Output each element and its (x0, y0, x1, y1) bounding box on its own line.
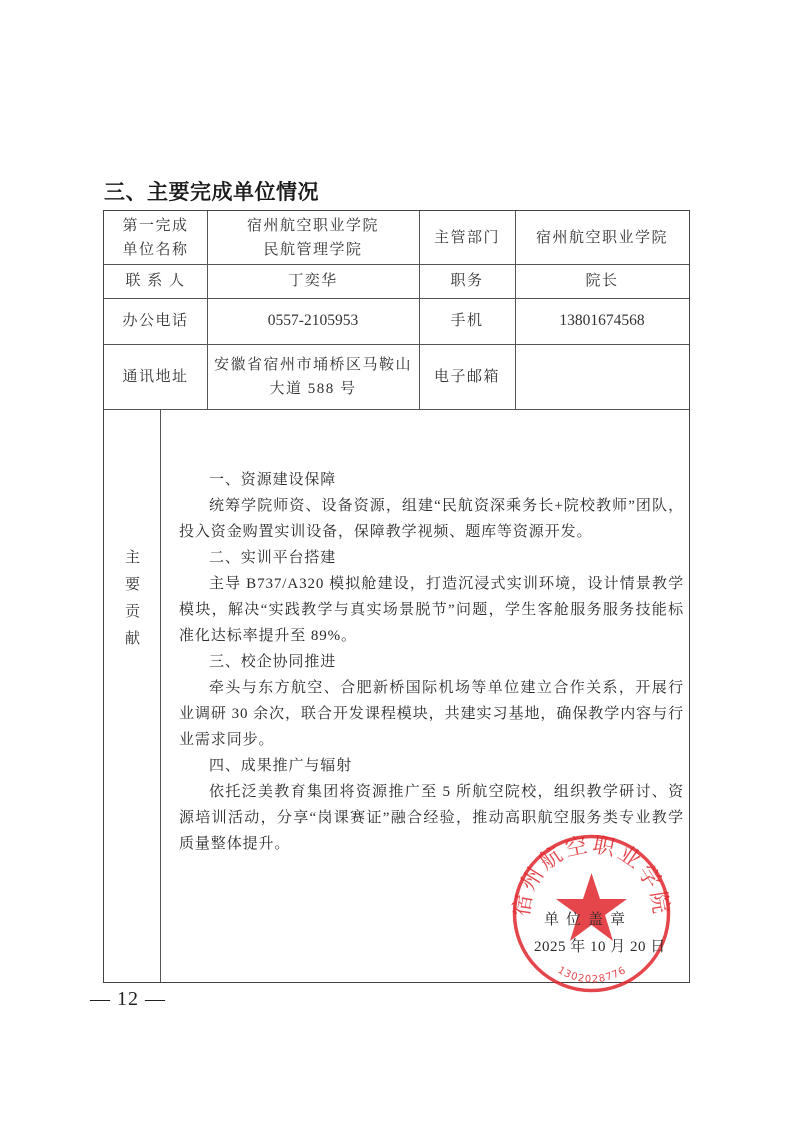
heading-training-platform: 二、实训平台搭建 (179, 545, 684, 571)
label-char: 贡 (125, 599, 140, 626)
unit-name-value-line2: 民航管理学院 (263, 238, 362, 262)
email-label: 电子邮箱 (419, 344, 515, 409)
heading-school-enterprise: 三、校企协同推进 (179, 649, 684, 675)
mobile-label: 手机 (419, 298, 515, 344)
address-value-line1: 安徽省宿州市埇桥区马鞍山 (214, 353, 412, 377)
position-value: 院长 (515, 264, 689, 298)
seal-date: 2025 年 10 月 20 日 (534, 935, 666, 956)
svg-text:1302028776: 1302028776 (556, 965, 629, 986)
page-number: — 12 — (90, 988, 166, 1011)
supervisor-dept-label: 主管部门 (419, 211, 515, 264)
main-contribution-text: 一、资源建设保障 统筹学院师资、设备资源，组建“民航资深乘务长+院校教师”团队，… (179, 467, 684, 857)
label-char: 要 (125, 572, 140, 599)
address-label: 通讯地址 (104, 344, 207, 409)
unit-name-value-line1: 宿州航空职业学院 (247, 214, 379, 238)
supervisor-dept-value: 宿州航空职业学院 (515, 211, 689, 264)
paragraph-school-enterprise: 牵头与东方航空、合肥新桥国际机场等单位建立合作关系，开展行业调研 30 余次，联… (179, 675, 684, 753)
office-phone-value: 0557-2105953 (207, 298, 419, 344)
unit-name-label-line2: 单位名称 (122, 238, 188, 262)
row-divider (104, 409, 689, 410)
contact-person-value: 丁奕华 (207, 264, 419, 298)
unit-seal-label: 单位盖章 (544, 908, 632, 929)
unit-name-label: 第一完成 单位名称 (104, 211, 207, 264)
paragraph-training-platform: 主导 B737/A320 模拟舱建设，打造沉浸式实训环境，设计情景教学模块，解决… (179, 571, 684, 649)
unit-name-value: 宿州航空职业学院 民航管理学院 (207, 211, 419, 264)
address-value: 安徽省宿州市埇桥区马鞍山 大道 588 号 (207, 344, 419, 409)
label-char: 献 (125, 626, 140, 653)
mobile-value: 13801674568 (515, 298, 689, 344)
completion-unit-table: 第一完成 单位名称 宿州航空职业学院 民航管理学院 主管部门 宿州航空职业学院 … (103, 210, 690, 983)
office-phone-label: 办公电话 (104, 298, 207, 344)
main-contribution-label: 主 要 贡 献 (104, 409, 161, 789)
heading-resource-building: 一、资源建设保障 (179, 467, 684, 493)
section-title: 三、主要完成单位情况 (104, 176, 319, 206)
position-label: 职务 (419, 264, 515, 298)
unit-name-label-line1: 第一完成 (122, 214, 188, 238)
address-value-line2: 大道 588 号 (269, 377, 356, 401)
contact-person-label: 联 系 人 (104, 264, 207, 298)
email-value (515, 344, 689, 409)
label-char: 主 (125, 545, 140, 572)
paragraph-resource-building: 统筹学院师资、设备资源，组建“民航资深乘务长+院校教师”团队，投入资金购置实训设… (179, 493, 684, 545)
heading-promotion: 四、成果推广与辐射 (179, 753, 684, 779)
